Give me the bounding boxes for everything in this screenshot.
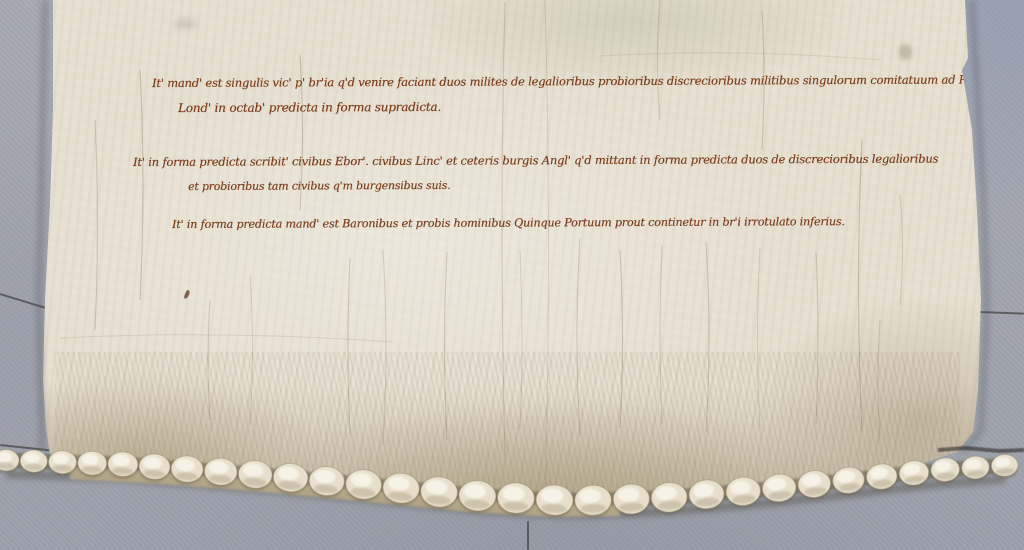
sewn-bead-cord <box>0 0 1024 550</box>
photograph-of-parchment: It' mand' est singulis vic' p' br'ia q'd… <box>0 0 1024 550</box>
